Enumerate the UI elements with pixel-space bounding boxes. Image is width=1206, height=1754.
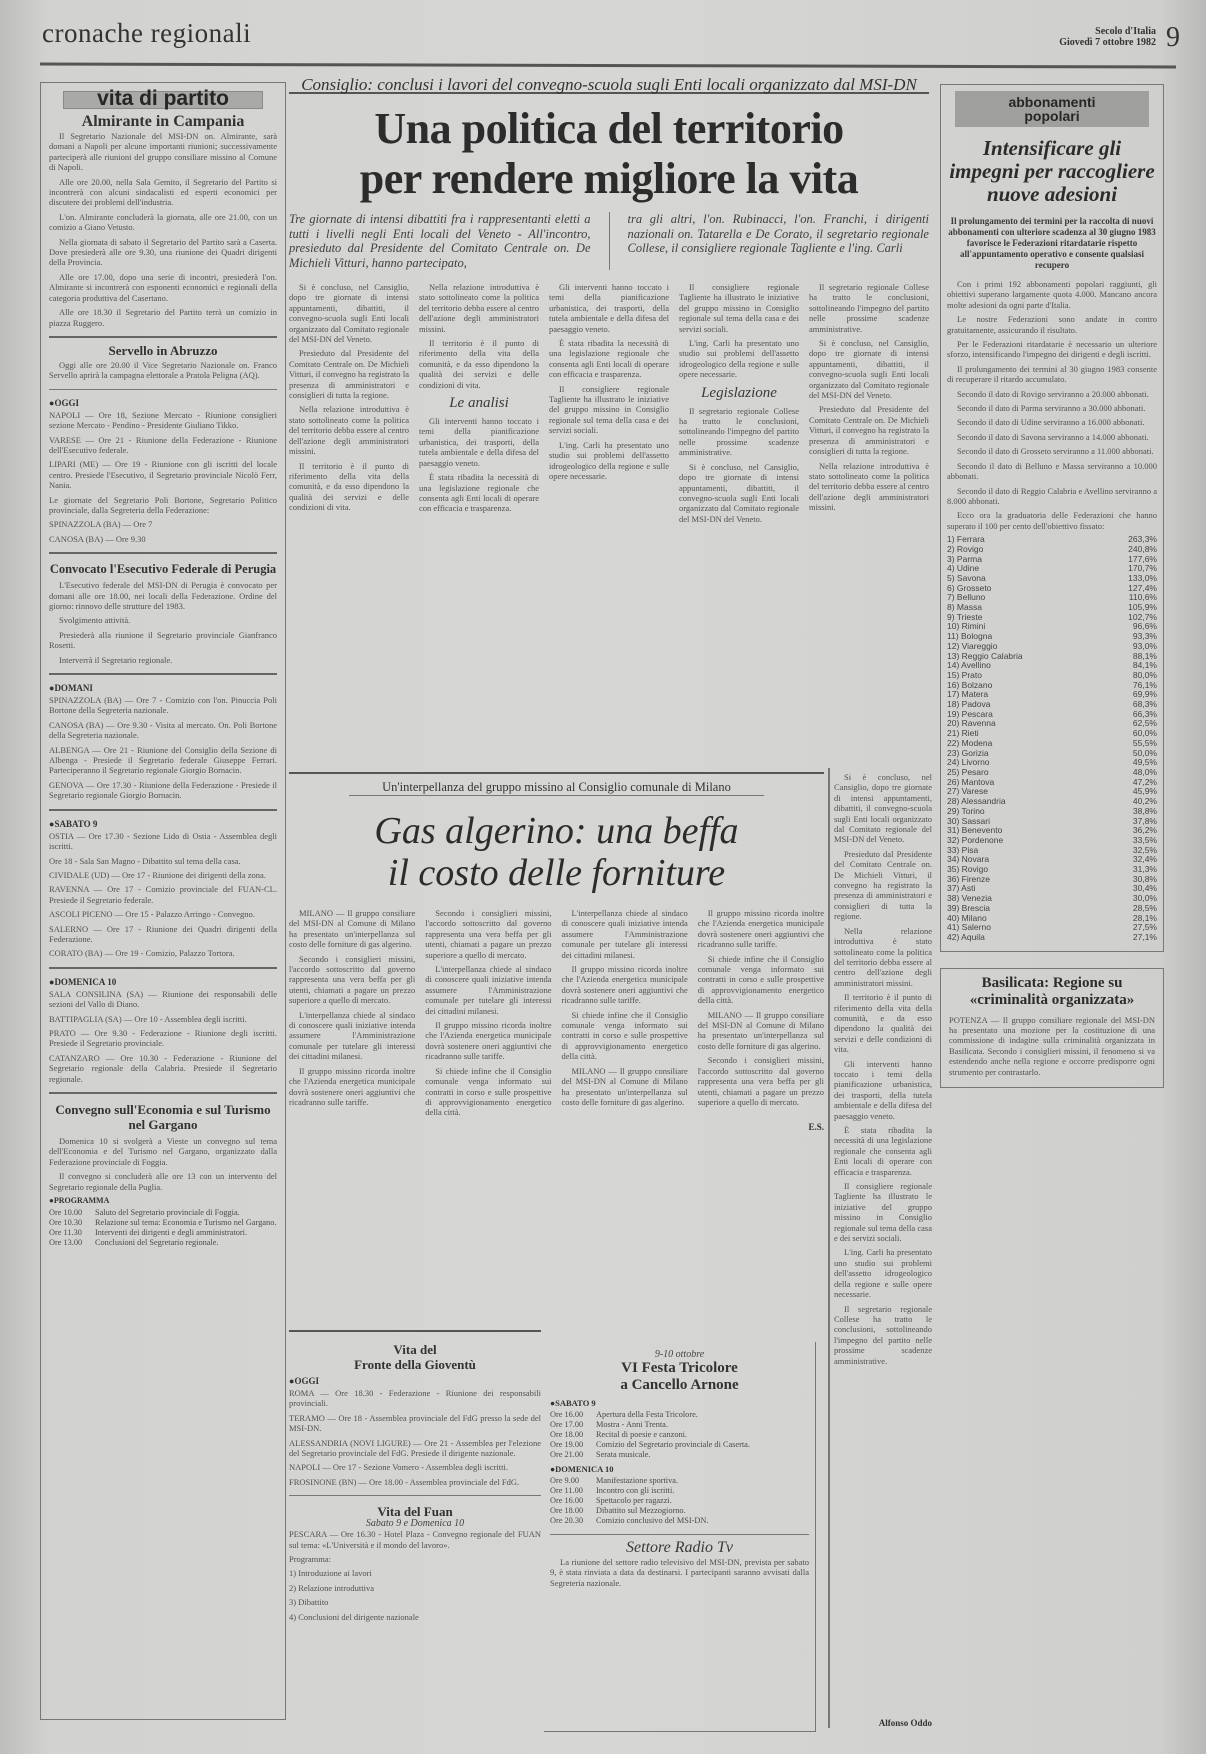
article-paragraph: MILANO — Il gruppo consiliare del MSI-DN… xyxy=(562,1066,688,1108)
author-signature: Alfonso Oddo xyxy=(834,1718,932,1728)
article-paragraph: Si è concluso, nel Cansiglio, dopo tre g… xyxy=(289,282,409,344)
divider xyxy=(49,1092,277,1094)
perugia-title: Convocato l'Esecutivo Federale di Perugi… xyxy=(49,562,277,576)
subscriptions-lead: Il prolungamento dei termini per la racc… xyxy=(947,216,1157,271)
servello-text: Oggi alle ore 20.00 il Vice Segretario N… xyxy=(49,360,277,381)
fuan-entry: 1) Introduzione ai lavori xyxy=(289,1568,541,1578)
festa-title-line1: VI Festa Tricolore xyxy=(550,1360,809,1377)
article-paragraph: È stata ribadita la necessità di una leg… xyxy=(834,1125,932,1177)
section-title: cronache regionali xyxy=(42,18,251,49)
banner-line2: popolari xyxy=(955,109,1149,123)
fuan-entry: Programma: xyxy=(289,1554,541,1564)
festa-schedule-row: Ore 21.00Serata musicale. xyxy=(550,1450,809,1460)
article-paragraph: Si chiede infine che il Consiglio comuna… xyxy=(698,954,824,1006)
gas-headline-line2: il costo delle forniture xyxy=(289,852,824,894)
masthead-rule xyxy=(40,63,1176,69)
sabato-entry: Ore 18 - Sala San Magno - Dibattito sul … xyxy=(49,856,277,866)
domani-entry: CANOSA (BA) — Ore 9.30 - Visita al merca… xyxy=(49,720,277,741)
gas-headline: Gas algerino: una beffa il costo delle f… xyxy=(289,810,824,894)
festa-schedule-row: Ore 18.00Recital di poesie e canzoni. xyxy=(550,1430,809,1440)
almirante-paragraph: Alle ore 18.30 il Segretario del Partito… xyxy=(49,307,277,328)
issue-date: Giovedì 7 ottobre 1982 xyxy=(1059,37,1156,48)
article-column: Si è concluso, nel Cansiglio, dopo tre g… xyxy=(289,282,409,528)
article-paragraph: Il territorio è il punto di riferimento … xyxy=(419,338,539,390)
divider xyxy=(289,772,824,774)
article-column: Il segretario regionale Collese ha tratt… xyxy=(809,282,929,528)
fuan-entry: 3) Dibattito xyxy=(289,1597,541,1607)
almirante-body: Il Segretario Nazionale del MSI-DN on. A… xyxy=(49,131,277,328)
divider xyxy=(289,1495,541,1496)
article-column: Secondo i consiglieri missini, l'accordo… xyxy=(425,908,551,1122)
schedule-time: Ore 20.30 xyxy=(550,1516,596,1526)
ranking-row: 36) Firenze30,8% xyxy=(947,875,1157,885)
main-body-columns: Si è concluso, nel Cansiglio, dopo tre g… xyxy=(289,282,929,528)
subscriptions-paragraph: Il prolungamento dei termini al 30 giugn… xyxy=(947,364,1157,385)
article-paragraph: Si è concluso, nel Cansiglio, dopo tre g… xyxy=(679,462,799,524)
subscriptions-paragraph: Le nostre Federazioni sono andate in con… xyxy=(947,314,1157,335)
program-row: Ore 11.30Interventi dei dirigenti e degl… xyxy=(49,1228,277,1238)
gargano-body: Domenica 10 si svolgerà a Vieste un conv… xyxy=(49,1136,277,1192)
vita-di-partito-banner: vita di partito xyxy=(63,91,263,109)
abbonamenti-banner: abbonamenti popolari xyxy=(955,91,1149,127)
ranking-percent: 27,1% xyxy=(1099,933,1157,943)
domenica-entry: BATTIPAGLIA (SA) — Ore 10 - Assemblea de… xyxy=(49,1014,277,1024)
schedule-event: Comizio del Segretario provinciale di Ca… xyxy=(596,1440,809,1450)
right-column-subscriptions: abbonamenti popolari Intensificare gli i… xyxy=(940,84,1164,1724)
column-rule xyxy=(828,768,830,1728)
article-column: L'interpellanza chiede al sindaco di con… xyxy=(562,908,688,1122)
article-paragraph: Nella relazione introduttiva è stato sot… xyxy=(834,926,932,988)
article-paragraph: Si chiede infine che il Consiglio comuna… xyxy=(562,1010,688,1062)
sabato-list: OSTIA — Ore 17.30 - Sezione Lido di Osti… xyxy=(49,831,277,959)
fuan-title: Vita del Fuan xyxy=(289,1504,541,1519)
article-paragraph: Secondo i consiglieri missini, l'accordo… xyxy=(698,1055,824,1107)
subscriptions-headline: Intensificare gli impegni per raccoglier… xyxy=(947,137,1157,206)
subheading-analisi: Le analisi xyxy=(419,398,539,408)
article-paragraph: Il territorio è il punto di riferimento … xyxy=(289,461,409,513)
oggi-entry: Le giornate del Segretario Poli Bortone,… xyxy=(49,495,277,516)
basilicata-box: Basilicata: Regione su «criminalità orga… xyxy=(940,968,1164,1088)
festa-schedule-row: Ore 17.00Mostra - Anni Trenta. xyxy=(550,1420,809,1430)
festa-schedule-row: Ore 16.00Apertura della Festa Tricolore. xyxy=(550,1410,809,1420)
schedule-time: Ore 18.00 xyxy=(550,1506,596,1516)
radio-tv-title: Settore Radio Tv xyxy=(550,1543,809,1553)
article-paragraph: È stata ribadita la necessità di una leg… xyxy=(419,472,539,514)
subhead-divider xyxy=(609,212,610,270)
fronte-gioventu-box: Vita del Fronte della Gioventù OGGI ROMA… xyxy=(289,1330,541,1626)
schedule-time: Ore 13.00 xyxy=(49,1238,95,1248)
schedule-event: Spettacolo per ragazzi. xyxy=(596,1496,809,1506)
divider xyxy=(49,673,277,675)
subhead-left: Tre giornate di intensi dibattiti fra i … xyxy=(289,212,591,270)
schedule-event: Incontro con gli iscritti. xyxy=(596,1486,809,1496)
oggi-list: NAPOLI — Ore 18, Sezione Mercato - Riuni… xyxy=(49,410,277,544)
article-paragraph: Secondo i consiglieri missini, l'accordo… xyxy=(425,908,551,960)
oggi-entry: NAPOLI — Ore 18, Sezione Mercato - Riuni… xyxy=(49,410,277,431)
article-column: Nella relazione introduttiva è stato sot… xyxy=(419,282,539,528)
festa-title: VI Festa Tricolore a Cancello Arnone xyxy=(550,1360,809,1394)
article-paragraph: Il segretario regionale Collese ha tratt… xyxy=(834,1304,932,1366)
article-paragraph: Il gruppo missino ricorda inoltre che l'… xyxy=(425,1020,551,1062)
subheading-legislazione: Legislazione xyxy=(679,388,799,398)
divider xyxy=(49,336,277,338)
article-paragraph: L'interpellanza chiede al sindaco di con… xyxy=(562,908,688,960)
gas-signature: E.S. xyxy=(289,1122,824,1132)
article-paragraph: Secondo i consiglieri missini, l'accordo… xyxy=(289,954,415,1006)
banner-line1: abbonamenti xyxy=(955,95,1149,109)
almirante-paragraph: Il Segretario Nazionale del MSI-DN on. A… xyxy=(49,131,277,173)
fronte-entry: TERAMO — Ore 18 - Assemblea provinciale … xyxy=(289,1413,541,1434)
article-paragraph: Si chiede infine che il Consiglio comuna… xyxy=(425,1066,551,1118)
almirante-paragraph: Nella giornata di sabato il Segretario d… xyxy=(49,237,277,268)
subscriptions-paragraph: Secondo il dato di Savona serviranno a 1… xyxy=(947,432,1157,442)
festa-schedule-row: Ore 9.00Manifestazione sportiva. xyxy=(550,1476,809,1486)
festa-day-heading: DOMENICA 10 xyxy=(550,1464,809,1474)
main-kicker: Consiglio: conclusi i lavori del convegn… xyxy=(289,80,929,94)
divider xyxy=(49,389,277,390)
festa-day-heading: SABATO 9 xyxy=(550,1398,809,1408)
article-paragraph: L'interpellanza chiede al sindaco di con… xyxy=(289,1010,415,1062)
sabato-entry: CIVIDALE (UD) — Ore 17 - Riunione dei di… xyxy=(49,870,277,880)
main-headline-line2: per rendere migliore la vita xyxy=(289,154,929,204)
fronte-entry: NAPOLI — Ore 17 - Sezione Vomero - Assem… xyxy=(289,1462,541,1472)
festa-title-line2: a Cancello Arnone xyxy=(550,1377,809,1394)
gas-article: Un'interpellanza del gruppo missino al C… xyxy=(289,772,824,1132)
article-paragraph: L'interpellanza chiede al sindaco di con… xyxy=(425,964,551,1016)
subscriptions-paragraph: Per le Federazioni ritardatarie è necess… xyxy=(947,339,1157,360)
subscriptions-paragraph: Secondo il dato di Udine serviranno a 16… xyxy=(947,417,1157,427)
fronte-title-line2: Fronte della Gioventù xyxy=(289,1357,541,1372)
gargano-paragraph: Domenica 10 si svolgerà a Vieste un conv… xyxy=(49,1136,277,1167)
fronte-list: ROMA — Ore 18.30 - Federazione - Riunion… xyxy=(289,1388,541,1487)
basilicata-text: POTENZA — Il gruppo consiliare regionale… xyxy=(949,1015,1155,1077)
domenica-entry: PRATO — Ore 9.30 - Federazione - Riunion… xyxy=(49,1028,277,1049)
perugia-paragraph: Svolgimento attività. xyxy=(49,615,277,625)
oggi-entry: LIPARI (ME) — Ore 19 - Riunione con gli … xyxy=(49,459,277,490)
servello-title: Servello in Abruzzo xyxy=(49,346,277,356)
subscriptions-paragraph: Con i primi 192 abbonamenti popolari rag… xyxy=(947,279,1157,310)
newspaper-page: cronache regionali Secolo d'Italia Giove… xyxy=(0,0,1206,1754)
schedule-event: Saluto del Segretario provinciale di Fog… xyxy=(95,1208,277,1218)
subscriptions-paragraph: Secondo il dato di Grosseto serviranno a… xyxy=(947,446,1157,456)
federation-ranking-table: 1) Ferrara263,3%2) Rovigo240,8%3) Parma1… xyxy=(947,535,1157,943)
article-paragraph: Il consigliere regionale Tagliente ha il… xyxy=(679,282,799,334)
schedule-event: Conclusioni del Segretario regionale. xyxy=(95,1238,277,1248)
schedule-event: Manifestazione sportiva. xyxy=(596,1476,809,1486)
sabato-entry: SALERNO — Ore 17 - Riunione dei Quadri d… xyxy=(49,924,277,945)
festa-schedule-row: Ore 16.00Spettacolo per ragazzi. xyxy=(550,1496,809,1506)
article-column: MILANO — Il gruppo consiliare del MSI-DN… xyxy=(289,908,415,1122)
domenica-list: SALA CONSILINA (SA) — Riunione dei respo… xyxy=(49,989,277,1084)
divider xyxy=(550,1534,809,1535)
domani-heading: DOMANI xyxy=(49,683,277,693)
article-paragraph: Il gruppo missino ricorda inoltre che l'… xyxy=(562,964,688,1006)
main-headline-line1: Una politica del territorio xyxy=(289,104,929,154)
subscriptions-paragraph: Secondo il dato di Belluno e Massa servi… xyxy=(947,461,1157,482)
schedule-event: Relazione sul tema: Economia e Turismo n… xyxy=(95,1218,277,1228)
domani-entry: ALBENGA — Ore 21 - Riunione del Consigli… xyxy=(49,745,277,776)
main-headline: Una politica del territorio per rendere … xyxy=(289,104,929,204)
schedule-time: Ore 11.30 xyxy=(49,1228,95,1238)
gas-headline-line1: Gas algerino: una beffa xyxy=(289,810,824,852)
schedule-event: Mostra - Anni Trenta. xyxy=(596,1420,809,1430)
perugia-paragraph: Presiederà alla riunione il Segretario p… xyxy=(49,630,277,651)
schedule-event: Recital di poesie e canzoni. xyxy=(596,1430,809,1440)
schedule-event: Comizio conclusivo del MSI-DN. xyxy=(596,1516,809,1526)
perugia-body: L'Esecutivo federale del MSI-DN di Perug… xyxy=(49,580,277,665)
article-paragraph: È stata ribadita la necessità di una leg… xyxy=(549,338,669,380)
schedule-time: Ore 11.00 xyxy=(550,1486,596,1496)
oggi-entry: VARESE — Ore 21 - Riunione della Federaz… xyxy=(49,435,277,456)
article-column: Il consigliere regionale Tagliente ha il… xyxy=(679,282,799,528)
schedule-time: Ore 16.00 xyxy=(550,1410,596,1420)
divider xyxy=(49,967,277,969)
gas-body-columns: MILANO — Il gruppo consiliare del MSI-DN… xyxy=(289,908,824,1122)
domani-entry: SPINAZZOLA (BA) — Ore 7 - Comizio con l'… xyxy=(49,695,277,716)
schedule-event: Apertura della Festa Tricolore. xyxy=(596,1410,809,1420)
left-column-party-life: vita di partito Almirante in Campania Il… xyxy=(40,82,286,1720)
article-paragraph: Presieduto dal Presidente del Comitato C… xyxy=(834,849,932,922)
main-article: Consiglio: conclusi i lavori del convegn… xyxy=(289,80,929,528)
ranking-city: 42) Aquila xyxy=(947,933,1099,943)
festa-date: 9-10 ottobre xyxy=(550,1350,809,1360)
gas-kicker: Un'interpellanza del gruppo missino al C… xyxy=(349,782,764,796)
schedule-time: Ore 9.00 xyxy=(550,1476,596,1486)
subscriptions-paragraph: Secondo il dato di Reggio Calabria e Ave… xyxy=(947,486,1157,507)
article-paragraph: Si è concluso, nel Cansiglio, dopo tre g… xyxy=(809,338,929,400)
subscriptions-paragraph: Secondo il dato di Parma serviranno a 30… xyxy=(947,403,1157,413)
domenica-entry: CATANZARO — Ore 10.30 - Federazione - Ri… xyxy=(49,1053,277,1084)
fronte-entry: ALESSANDRIA (NOVI LIGURE) — Ore 21 - Ass… xyxy=(289,1438,541,1459)
gargano-title: Convegno sull'Economia e sul Turismo nel… xyxy=(49,1102,277,1132)
almirante-paragraph: L'on. Almirante concluderà la giornata, … xyxy=(49,212,277,233)
gargano-paragraph: Il convegno si concluderà alle ore 13 co… xyxy=(49,1171,277,1192)
domenica-entry: SALA CONSILINA (SA) — Riunione dei respo… xyxy=(49,989,277,1010)
perugia-paragraph: Interverrà il Segretario regionale. xyxy=(49,655,277,665)
article-paragraph: Nella relazione introduttiva è stato sot… xyxy=(289,404,409,456)
divider xyxy=(49,809,277,811)
article-paragraph: Presieduto dal Presidente del Comitato C… xyxy=(809,404,929,456)
article-paragraph: Il gruppo missino ricorda inoltre che l'… xyxy=(289,1066,415,1108)
page-number: 9 xyxy=(1166,22,1180,54)
continuation-column: Si è concluso, nel Cansiglio, dopo tre g… xyxy=(834,772,932,1370)
article-paragraph: Si è concluso, nel Cansiglio, dopo tre g… xyxy=(834,772,932,845)
fuan-entry: 4) Conclusioni del dirigente nazionale xyxy=(289,1612,541,1622)
article-paragraph: Il segretario regionale Collese ha tratt… xyxy=(809,282,929,334)
sabato-entry: ASCOLI PICENO — Ore 15 - Palazzo Arringo… xyxy=(49,909,277,919)
domani-list: SPINAZZOLA (BA) — Ore 7 - Comizio con l'… xyxy=(49,695,277,801)
program-row: Ore 10.00Saluto del Segretario provincia… xyxy=(49,1208,277,1218)
program-row: Ore 10.30Relazione sul tema: Economia e … xyxy=(49,1218,277,1228)
fronte-entry: ROMA — Ore 18.30 - Federazione - Riunion… xyxy=(289,1388,541,1409)
fronte-title: Vita del Fronte della Gioventù xyxy=(289,1342,541,1372)
almirante-paragraph: Alle ore 20.00, nella Sala Gemito, il Se… xyxy=(49,177,277,208)
schedule-time: Ore 18.00 xyxy=(550,1430,596,1440)
domenica-heading: DOMENICA 10 xyxy=(49,977,277,987)
paper-name: Secolo d'Italia xyxy=(1059,26,1156,37)
sabato-entry: CORATO (BA) — Ore 19 - Comizio, Palazzo … xyxy=(49,948,277,958)
schedule-time: Ore 17.00 xyxy=(550,1420,596,1430)
article-paragraph: Gli interventi hanno toccato i temi dell… xyxy=(419,416,539,468)
perugia-paragraph: L'Esecutivo federale del MSI-DN di Perug… xyxy=(49,580,277,611)
gargano-program: Ore 10.00Saluto del Segretario provincia… xyxy=(49,1208,277,1248)
fuan-subtitle: Sabato 9 e Domenica 10 xyxy=(289,1519,541,1529)
fronte-title-line1: Vita del xyxy=(289,1342,541,1357)
article-paragraph: Il territorio è il punto di riferimento … xyxy=(834,992,932,1054)
radio-tv-text: La riunione del settore radio televisivo… xyxy=(550,1557,809,1588)
festa-schedule-row: Ore 20.30Comizio conclusivo del MSI-DN. xyxy=(550,1516,809,1526)
oggi-heading: OGGI xyxy=(49,398,277,408)
article-paragraph: Presieduto dal Presidente del Comitato C… xyxy=(289,348,409,400)
schedule-time: Ore 19.00 xyxy=(550,1440,596,1450)
article-paragraph: L'ing. Carli ha presentato uno studio su… xyxy=(834,1247,932,1299)
almirante-title: Almirante in Campania xyxy=(49,117,277,127)
article-paragraph: MILANO — Il gruppo consiliare del MSI-DN… xyxy=(698,1010,824,1052)
fuan-entry: PESCARA — Ore 16.30 - Hotel Plaza - Conv… xyxy=(289,1529,541,1550)
divider xyxy=(49,552,277,554)
schedule-event: Dibattito sul Mezzogiorno. xyxy=(596,1506,809,1516)
article-paragraph: Nella relazione introduttiva è stato sot… xyxy=(419,282,539,334)
article-paragraph: L'ing. Carli ha presentato uno studio su… xyxy=(679,338,799,380)
basilicata-title: Basilicata: Regione su «criminalità orga… xyxy=(949,975,1155,1009)
sabato-heading: SABATO 9 xyxy=(49,819,277,829)
article-paragraph: Gli interventi hanno toccato i temi dell… xyxy=(834,1059,932,1121)
domani-entry: GENOVA — Ore 17.30 - Riunione della Fede… xyxy=(49,780,277,801)
almirante-paragraph: Alle ore 17.00, dopo una serie di incont… xyxy=(49,272,277,303)
schedule-event: Serata musicale. xyxy=(596,1450,809,1460)
main-subhead: Tre giornate di intensi dibattiti fra i … xyxy=(289,212,929,270)
article-paragraph: Il consigliere regionale Tagliente ha il… xyxy=(549,384,669,436)
subscriptions-paragraph: Ecco ora la graduatoria delle Federazion… xyxy=(947,510,1157,531)
ranking-row: 32) Pordenone33,5% xyxy=(947,836,1157,846)
article-paragraph: Il gruppo missino ricorda inoltre che l'… xyxy=(698,908,824,950)
subscriptions-body: Con i primi 192 abbonamenti popolari rag… xyxy=(947,279,1157,531)
article-column: Gli interventi hanno toccato i temi dell… xyxy=(549,282,669,528)
sabato-entry: RAVENNA — Ore 17 - Comizio provinciale d… xyxy=(49,884,277,905)
schedule-time: Ore 10.00 xyxy=(49,1208,95,1218)
article-paragraph: L'ing. Carli ha presentato uno studio su… xyxy=(549,440,669,482)
sabato-entry: OSTIA — Ore 17.30 - Sezione Lido di Osti… xyxy=(49,831,277,852)
festa-schedule-row: Ore 11.00Incontro con gli iscritti. xyxy=(550,1486,809,1496)
gargano-program-label: PROGRAMMA xyxy=(49,1196,277,1206)
ranking-row: 42) Aquila27,1% xyxy=(947,933,1157,943)
schedule-time: Ore 10.30 xyxy=(49,1218,95,1228)
fronte-oggi-heading: OGGI xyxy=(289,1376,541,1386)
oggi-entry: SPINAZZOLA (BA) — Ore 7 xyxy=(49,519,277,529)
article-paragraph: Il consigliere regionale Tagliente ha il… xyxy=(834,1181,932,1243)
schedule-time: Ore 16.00 xyxy=(550,1496,596,1506)
article-paragraph: Nella relazione introduttiva è stato sot… xyxy=(809,461,929,513)
article-paragraph: Il segretario regionale Collese ha tratt… xyxy=(679,406,799,458)
fuan-list: PESCARA — Ore 16.30 - Hotel Plaza - Conv… xyxy=(289,1529,541,1622)
masthead-info: Secolo d'Italia Giovedì 7 ottobre 1982 xyxy=(1059,26,1156,48)
oggi-entry: CANOSA (BA) — Ore 9.30 xyxy=(49,534,277,544)
fuan-entry: 2) Relazione introduttiva xyxy=(289,1583,541,1593)
festa-tricolore-box: 9-10 ottobre VI Festa Tricolore a Cancel… xyxy=(544,1342,816,1732)
divider xyxy=(289,1330,541,1332)
festa-schedule-row: Ore 18.00Dibattito sul Mezzogiorno. xyxy=(550,1506,809,1516)
article-paragraph: Gli interventi hanno toccato i temi dell… xyxy=(549,282,669,334)
article-paragraph: MILANO — Il gruppo consiliare del MSI-DN… xyxy=(289,908,415,950)
schedule-time: Ore 21.00 xyxy=(550,1450,596,1460)
subscriptions-box: abbonamenti popolari Intensificare gli i… xyxy=(940,84,1164,952)
subscriptions-paragraph: Secondo il dato di Rovigo serviranno a 2… xyxy=(947,389,1157,399)
program-row: Ore 13.00Conclusioni del Segretario regi… xyxy=(49,1238,277,1248)
schedule-event: Interventi dei dirigenti e degli amminis… xyxy=(95,1228,277,1238)
fronte-entry: FROSINONE (BN) — Ore 18.00 - Assemblea p… xyxy=(289,1477,541,1487)
subhead-right: tra gli altri, l'on. Rubinacci, l'on. Fr… xyxy=(628,212,930,270)
festa-schedule: SABATO 9Ore 16.00Apertura della Festa Tr… xyxy=(550,1398,809,1526)
festa-schedule-row: Ore 19.00Comizio del Segretario provinci… xyxy=(550,1440,809,1450)
article-column: Il gruppo missino ricorda inoltre che l'… xyxy=(698,908,824,1122)
